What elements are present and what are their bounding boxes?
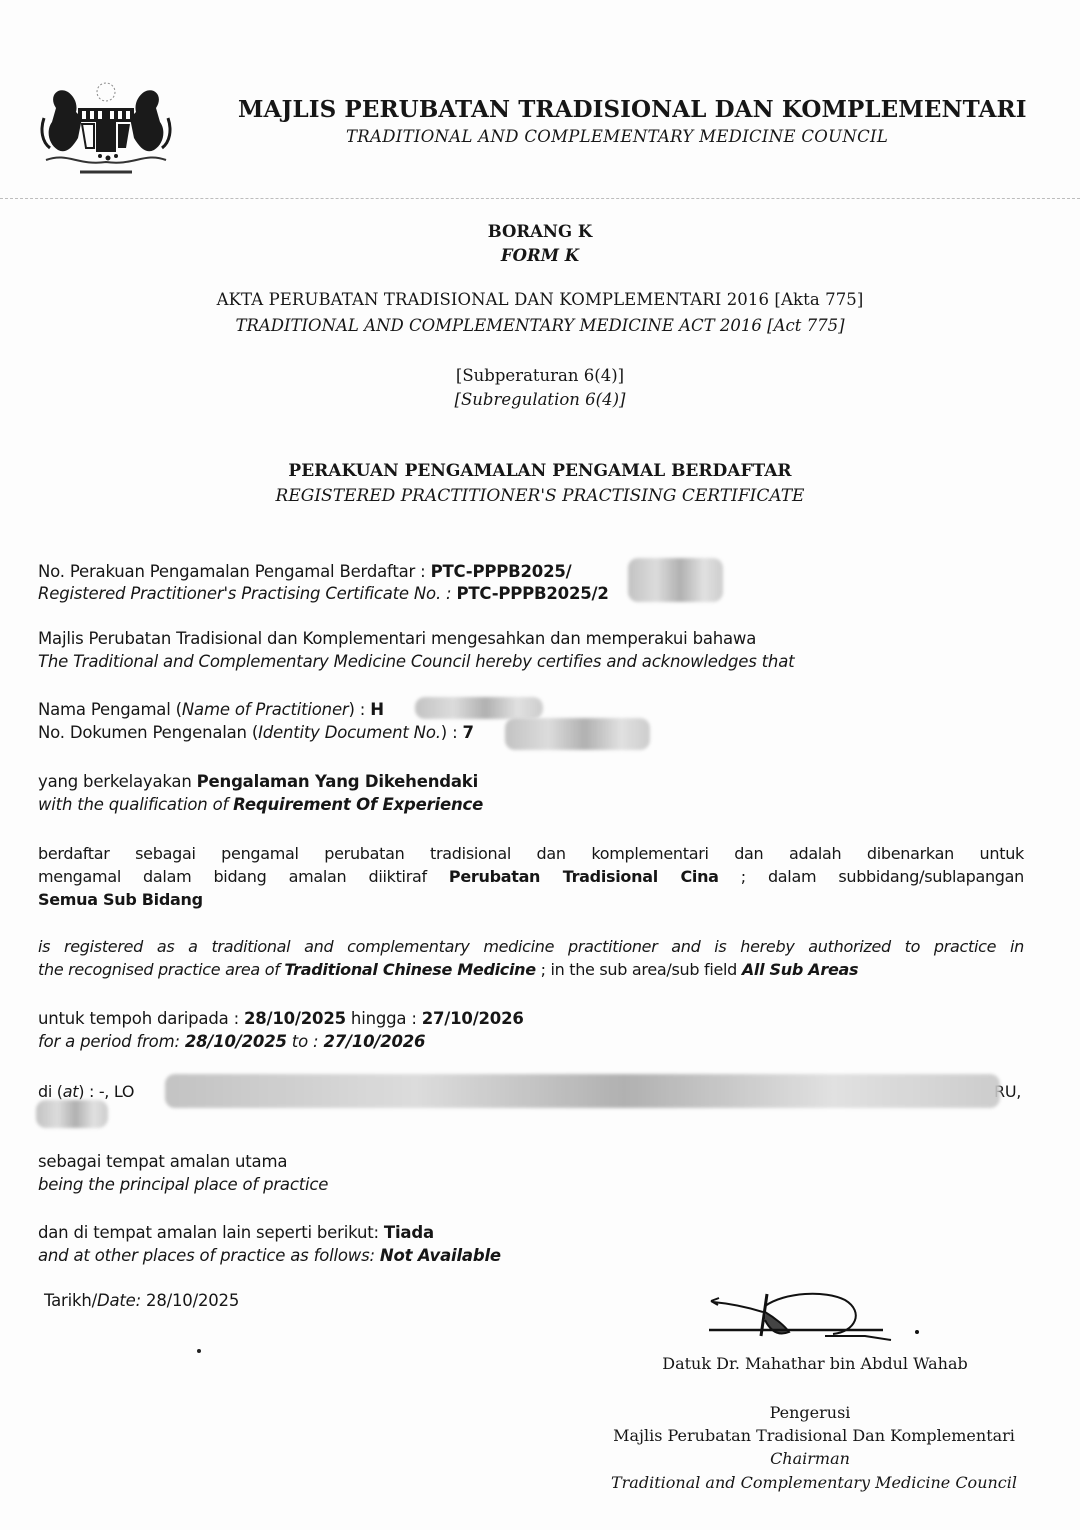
identity-document-value: 7 [462,723,473,742]
issue-date-label: Tarikh/ [44,1291,97,1310]
redacted-address-line2 [36,1100,108,1128]
period-row-malay: untuk tempoh daripada : 28/10/2025 hingg… [38,1007,524,1030]
signatory-title-malay: Pengerusi [560,1401,1060,1424]
registration-english-mid: ; in the sub area/sub field [536,960,742,979]
certificate-number-row-malay: No. Perakuan Pengamalan Pengamal Berdaft… [38,560,571,583]
other-places-value-english: Not Available [380,1246,501,1265]
registration-malay-mid: ; dalam subbidang/sublapangan [719,867,1024,886]
qualification-prefix-malay: yang berkelayakan [38,772,197,791]
other-places-row-english: and at other places of practice as follo… [38,1244,501,1267]
qualification-prefix-english: with the qualification of [38,795,233,814]
practice-area-malay: Perubatan Tradisional Cina [449,867,719,886]
certificate-number-label-english: Registered Practitioner's Practising Cer… [38,584,451,603]
period-label-malay: untuk tempoh daripada : [38,1009,244,1028]
principal-place-english: being the principal place of practice [38,1173,328,1196]
registration-malay-line1: berdaftar sebagai pengamal perubatan tra… [38,842,1024,865]
practitioner-name-label-end: ) : [348,700,365,719]
sub-area-english: All Sub Areas [742,960,858,979]
certify-statement-malay: Majlis Perubatan Tradisional dan Komplem… [38,627,756,650]
qualification-row-english: with the qualification of Requirement Of… [38,793,483,816]
other-places-row-malay: dan di tempat amalan lain seperti beriku… [38,1221,434,1244]
registration-malay-prefix: mengamal dalam bidang amalan diiktiraf [38,867,449,886]
registration-english-line1: is registered as a traditional and compl… [38,935,1024,958]
organization-name-english: TRADITIONAL AND COMPLEMENTARY MEDICINE C… [346,127,888,146]
period-row-english: for a period from: 28/10/2025 to : 27/10… [38,1030,425,1053]
period-to-date: 27/10/2026 [422,1009,524,1028]
signatory-organization-malay: Majlis Perubatan Tradisional Dan Komplem… [564,1424,1064,1447]
qualification-row-malay: yang berkelayakan Pengalaman Yang Dikehe… [38,770,478,793]
period-to-label-malay: hingga : [346,1009,422,1028]
certificate-title-english: REGISTERED PRACTITIONER'S PRACTISING CER… [0,486,1080,506]
signatory-organization-english: Traditional and Complementary Medicine C… [564,1471,1064,1494]
practitioner-name-value: H [370,700,384,719]
issue-date-label-english: Date: [97,1291,141,1310]
principal-place-malay: sebagai tempat amalan utama [38,1150,287,1173]
registration-english-line2: the recognised practice area of Traditio… [38,958,858,981]
other-places-label-english: and at other places of practice as follo… [38,1246,380,1265]
address-label-english: at [63,1082,78,1101]
malaysia-coat-of-arms-icon [38,78,174,178]
issue-date-value: 28/10/2025 [146,1291,239,1310]
practitioner-name-label: Nama Pengamal ( [38,700,182,719]
redacted-address [165,1074,1000,1108]
registration-english-prefix: the recognised practice area of [38,960,284,979]
handwritten-signature-icon [705,1292,930,1344]
form-title-english: FORM K [0,246,1080,265]
certificate-number-value: PTC-PPPB2025/ [431,562,572,581]
qualification-value-malay: Pengalaman Yang Dikehendaki [197,772,478,791]
certificate-title-malay: PERAKUAN PENGAMALAN PENGAMAL BERDAFTAR [0,461,1080,481]
identity-document-label-english: Identity Document No. [258,723,441,742]
qualification-value-english: Requirement Of Experience [233,795,483,814]
signatory-title-english: Chairman [560,1447,1060,1470]
period-to-label-english: to : [287,1032,324,1051]
identity-document-label-end: ) : [441,723,458,742]
issue-date-row: Tarikh/Date: 28/10/2025 [44,1289,239,1312]
certificate-number-row-english: Registered Practitioner's Practising Cer… [38,582,609,605]
other-places-value-malay: Tiada [384,1223,434,1242]
period-to-date-english: 27/10/2026 [323,1032,425,1051]
certify-statement-english: The Traditional and Complementary Medici… [38,650,794,673]
period-from-date: 28/10/2025 [244,1009,346,1028]
organization-name-malay: MAJLIS PERUBATAN TRADISIONAL DAN KOMPLEM… [238,96,1027,123]
period-label-english: for a period from: [38,1032,185,1051]
regulation-malay: [Subperaturan 6(4)] [0,366,1080,385]
practitioner-name-row: Nama Pengamal (Name of Practitioner) : H [38,698,384,721]
regulation-english: [Subregulation 6(4)] [0,390,1080,409]
redacted-practitioner-name [415,697,543,719]
ink-dot [197,1349,201,1353]
sub-area-malay: Semua Sub Bidang [38,888,203,911]
redacted-identity-number [505,718,650,750]
other-places-label-malay: dan di tempat amalan lain seperti beriku… [38,1223,384,1242]
act-title-malay: AKTA PERUBATAN TRADISIONAL DAN KOMPLEMEN… [0,290,1080,309]
certificate-number-value-english: PTC-PPPB2025/2 [456,584,608,603]
address-label: di ( [38,1082,63,1101]
header-divider [0,198,1080,199]
identity-document-row: No. Dokumen Pengenalan (Identity Documen… [38,721,474,744]
practitioner-name-label-english: Name of Practitioner [182,700,349,719]
act-title-english: TRADITIONAL AND COMPLEMENTARY MEDICINE A… [0,316,1080,335]
redacted-certificate-number [628,558,723,602]
practice-area-english: Traditional Chinese Medicine [284,960,535,979]
registration-malay-line2: mengamal dalam bidang amalan diiktiraf P… [38,865,1024,888]
period-from-date-english: 28/10/2025 [185,1032,287,1051]
form-title-malay: BORANG K [0,222,1080,241]
identity-document-label: No. Dokumen Pengenalan ( [38,723,258,742]
signatory-name: Datuk Dr. Mahathar bin Abdul Wahab [565,1352,1065,1375]
address-value-start: ) : -, LO [78,1082,134,1101]
certificate-number-label-malay: No. Perakuan Pengamalan Pengamal Berdaft… [38,562,426,581]
